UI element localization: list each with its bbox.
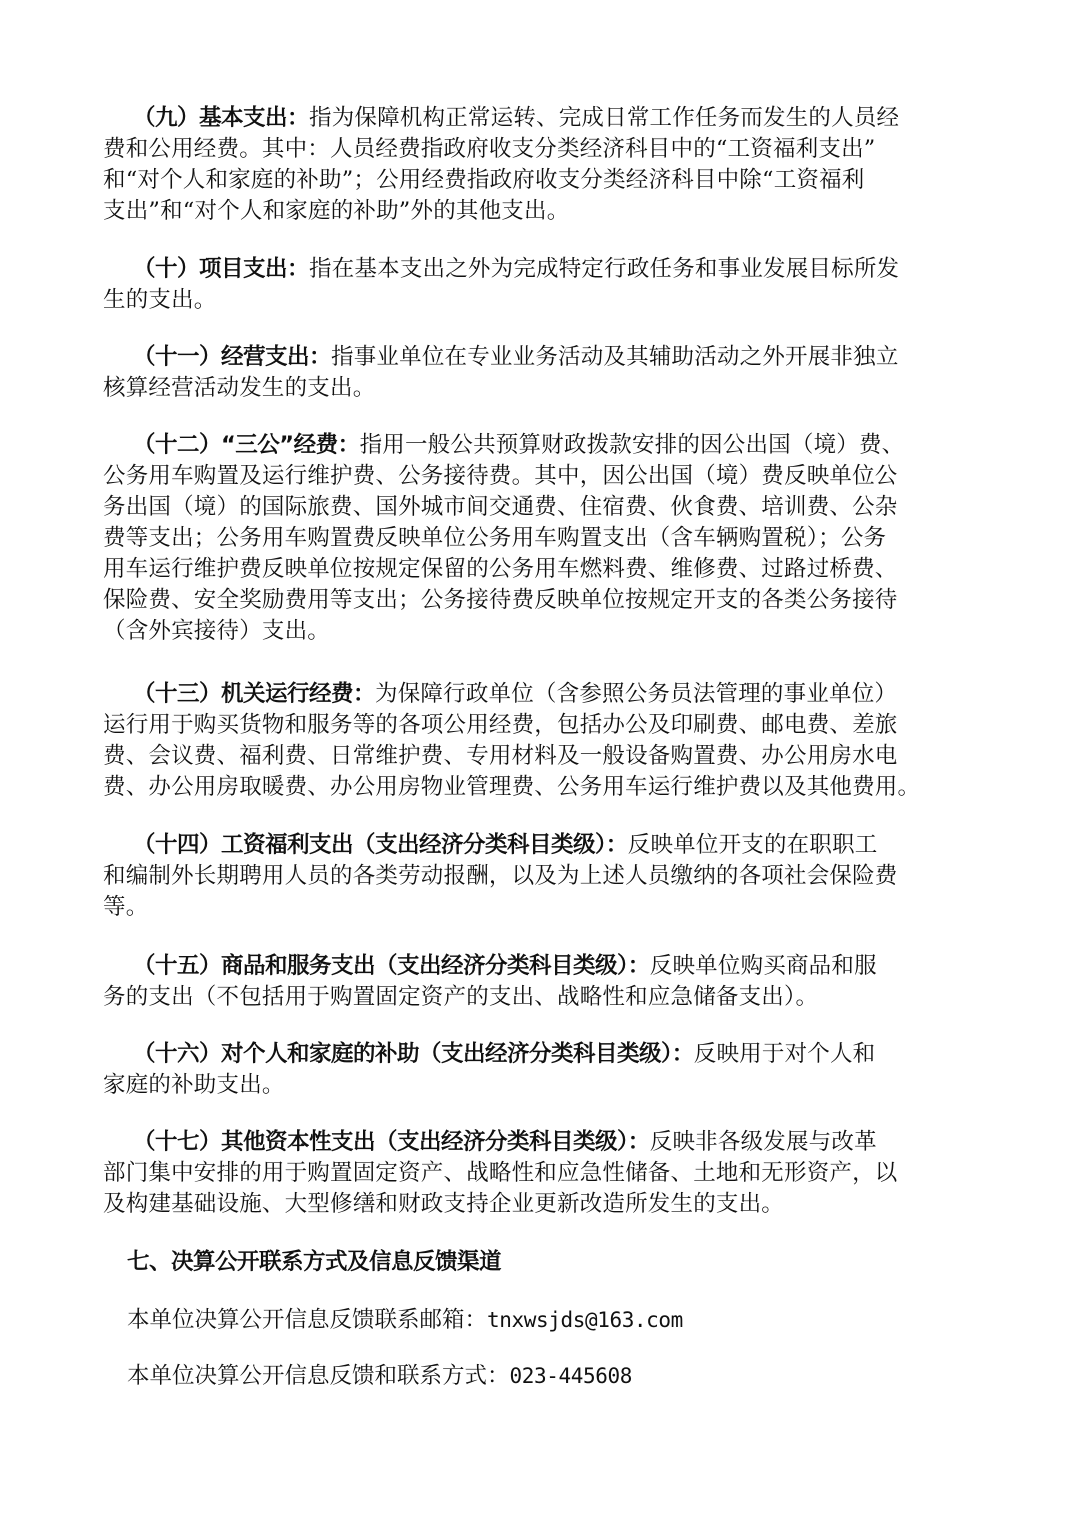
definition-other-capital-expenditure: （十七）其他资本性支出（支出经济分类科目类级）：反映非各级发展与改革 部门集中安… xyxy=(103,1127,973,1220)
definition-household-subsidies: （十六）对个人和家庭的补助（支出经济分类科目类级）：反映用于对个人和 家庭的补助… xyxy=(103,1039,973,1101)
definition-text: 等。 xyxy=(103,892,973,923)
definition-agency-operating-costs: （十三）机关运行经费：为保障行政单位（含参照公务员法管理的事业单位） 运行用于购… xyxy=(103,679,973,803)
definition-text: 核算经营活动发生的支出。 xyxy=(103,373,973,404)
definition-term: （十六）对个人和家庭的补助（支出经济分类科目类级）： xyxy=(133,1041,694,1067)
contact-phone-line: 本单位决算公开信息反馈和联系方式：023-445608 xyxy=(127,1361,632,1392)
definition-text: 指事业单位在专业业务活动及其辅助活动之外开展非独立 xyxy=(331,344,899,370)
definition-text: 指用一般公共预算财政拨款安排的因公出国（境）费、 xyxy=(360,432,905,458)
contact-email-value: tnxwsjds@163.com xyxy=(487,1308,683,1332)
definition-text: 指为保障机构正常运转、完成日常工作任务而发生的人员经 xyxy=(309,105,899,131)
definition-text: 反映用于对个人和 xyxy=(694,1041,876,1067)
definition-term: （九）基本支出： xyxy=(133,105,309,131)
definition-term: （十四）工资福利支出（支出经济分类科目类级）： xyxy=(133,832,628,858)
definition-text: 反映单位购买商品和服 xyxy=(650,953,877,979)
definition-text: 支出”和“对个人和家庭的补助”外的其他支出。 xyxy=(103,196,973,227)
section-heading-contact: 七、决算公开联系方式及信息反馈渠道 xyxy=(127,1247,501,1278)
definition-project-expenditure: （十）项目支出：指在基本支出之外为完成特定行政任务和事业发展目标所发 生的支出。 xyxy=(103,254,973,316)
definition-text: 家庭的补助支出。 xyxy=(103,1070,973,1101)
definition-term: （十一）经营支出： xyxy=(133,344,331,370)
definition-operating-expenditure: （十一）经营支出：指事业单位在专业业务活动及其辅助活动之外开展非独立 核算经营活… xyxy=(103,342,973,404)
definition-text: （含外宾接待）支出。 xyxy=(103,616,973,647)
definition-term: （十）项目支出： xyxy=(133,256,309,282)
definition-text: 指在基本支出之外为完成特定行政任务和事业发展目标所发 xyxy=(309,256,899,282)
definition-text: 部门集中安排的用于购置固定资产、战略性和应急性储备、土地和无形资产，以 xyxy=(103,1158,973,1189)
definition-text: 费、办公用房取暖费、办公用房物业管理费、公务用车运行维护费以及其他费用。 xyxy=(103,772,973,803)
definition-text: 为保障行政单位（含参照公务员法管理的事业单位） xyxy=(375,681,897,707)
definition-text: 务的支出（不包括用于购置固定资产的支出、战略性和应急储备支出）。 xyxy=(103,982,973,1013)
definition-term: （十二）“三公”经费： xyxy=(133,432,360,458)
definition-text: 和编制外长期聘用人员的各类劳动报酬，以及为上述人员缴纳的各项社会保险费 xyxy=(103,861,973,892)
definition-three-public-expenses: （十二）“三公”经费：指用一般公共预算财政拨款安排的因公出国（境）费、 公务用车… xyxy=(103,430,973,647)
definition-term: （十五）商品和服务支出（支出经济分类科目类级）： xyxy=(133,953,650,979)
contact-phone-value: 023-445608 xyxy=(510,1364,632,1388)
definition-text: 费、会议费、福利费、日常维护费、专用材料及一般设备购置费、办公用房水电 xyxy=(103,741,973,772)
definition-text: 务出国（境）的国际旅费、国外城市间交通费、住宿费、伙食费、培训费、公杂 xyxy=(103,492,973,523)
definition-term: （十七）其他资本性支出（支出经济分类科目类级）： xyxy=(133,1129,650,1155)
contact-email-line: 本单位决算公开信息反馈联系邮箱：tnxwsjds@163.com xyxy=(127,1305,683,1336)
contact-email-label: 本单位决算公开信息反馈联系邮箱： xyxy=(127,1307,487,1333)
definition-wages-welfare: （十四）工资福利支出（支出经济分类科目类级）：反映单位开支的在职职工 和编制外长… xyxy=(103,830,973,923)
definition-goods-services: （十五）商品和服务支出（支出经济分类科目类级）：反映单位购买商品和服 务的支出（… xyxy=(103,951,973,1013)
definition-text: 用车运行维护费反映单位按规定保留的公务用车燃料费、维修费、过路过桥费、 xyxy=(103,554,973,585)
definition-text: 保险费、安全奖励费用等支出；公务接待费反映单位按规定开支的各类公务接待 xyxy=(103,585,973,616)
definition-text: 运行用于购买货物和服务等的各项公用经费，包括办公及印刷费、邮电费、差旅 xyxy=(103,710,973,741)
definition-basic-expenditure: （九）基本支出：指为保障机构正常运转、完成日常工作任务而发生的人员经 费和公用经… xyxy=(103,103,973,227)
definition-term: （十三）机关运行经费： xyxy=(133,681,375,707)
definition-text: 反映单位开支的在职职工 xyxy=(628,832,878,858)
definition-text: 费等支出；公务用车购置费反映单位公务用车购置支出（含车辆购置税）；公务 xyxy=(103,523,973,554)
definition-text: 费和公用经费。其中：人员经费指政府收支分类经济科目中的“工资福利支出” xyxy=(103,134,973,165)
definition-text: 和“对个人和家庭的补助”；公用经费指政府收支分类经济科目中除“工资福利 xyxy=(103,165,973,196)
definition-text: 反映非各级发展与改革 xyxy=(650,1129,877,1155)
contact-phone-label: 本单位决算公开信息反馈和联系方式： xyxy=(127,1363,510,1389)
definition-text: 生的支出。 xyxy=(103,285,973,316)
document-page: （九）基本支出：指为保障机构正常运转、完成日常工作任务而发生的人员经 费和公用经… xyxy=(0,0,1074,1520)
definition-text: 公务用车购置及运行维护费、公务接待费。其中，因公出国（境）费反映单位公 xyxy=(103,461,973,492)
definition-text: 及构建基础设施、大型修缮和财政支持企业更新改造所发生的支出。 xyxy=(103,1189,973,1220)
